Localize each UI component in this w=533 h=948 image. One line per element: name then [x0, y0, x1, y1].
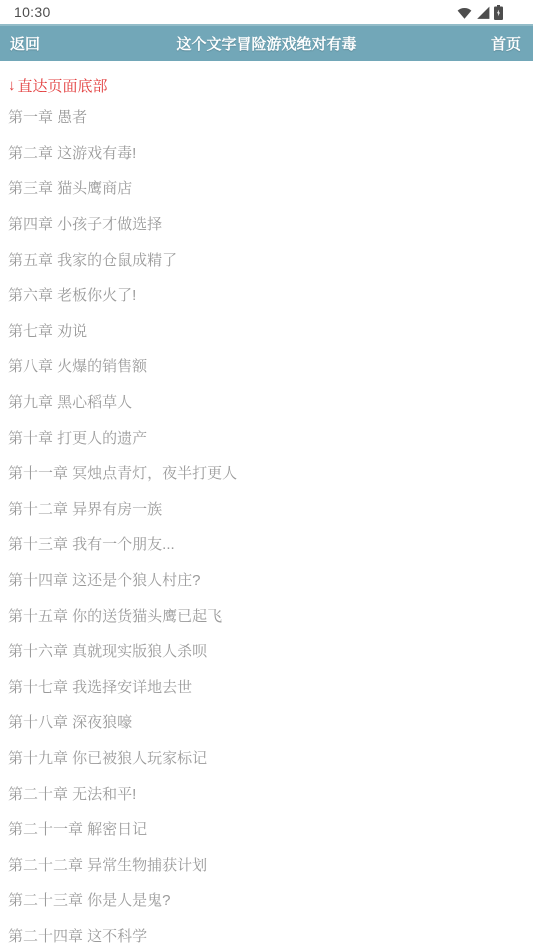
jump-link-label: 直达页面底部: [18, 75, 108, 96]
chapter-list-item: 第一章 愚者: [8, 99, 525, 135]
chapter-list-item: 第十章 打更人的遗产: [8, 419, 525, 455]
chapter-link[interactable]: 第六章 老板你火了!: [8, 284, 136, 305]
chapter-list-item: 第八章 火爆的销售额: [8, 348, 525, 384]
chapter-list-item: 第七章 劝说: [8, 313, 525, 349]
chapter-link[interactable]: 第三章 猫头鹰商店: [8, 177, 132, 198]
chapter-list-item: 第三章 猫头鹰商店: [8, 170, 525, 206]
chapter-list-item: 第十九章 你已被狼人玩家标记: [8, 740, 525, 776]
chapter-list-item: 第二章 这游戏有毒!: [8, 135, 525, 171]
chapter-list-item: 第四章 小孩子才做选择: [8, 206, 525, 242]
chapter-link[interactable]: 第十八章 深夜狼嚎: [8, 711, 132, 732]
chapter-link[interactable]: 第二章 这游戏有毒!: [8, 142, 136, 163]
chapter-link[interactable]: 第十四章 这还是个狼人村庄?: [8, 569, 201, 590]
chapter-link[interactable]: 第二十一章 解密日记: [8, 818, 147, 839]
chapter-list-item: 第二十四章 这不科学: [8, 918, 525, 948]
chapter-list-item: 第二十三章 你是人是鬼?: [8, 882, 525, 918]
chapter-link[interactable]: 第十一章 冥烛点青灯，夜半打更人: [8, 462, 237, 483]
jump-to-bottom-link[interactable]: ↓ 直达页面底部: [8, 76, 108, 94]
chapter-list-item: 第十七章 我选择安详地去世: [8, 669, 525, 705]
status-bar: 10:30: [0, 0, 533, 24]
chapter-list-item: 第二十章 无法和平!: [8, 775, 525, 811]
nav-bar: 返回 这个文字冒险游戏绝对有毒 首页: [0, 24, 533, 61]
back-button[interactable]: 返回: [10, 33, 40, 54]
chapter-link[interactable]: 第二十三章 你是人是鬼?: [8, 889, 171, 910]
chapter-list-item: 第十五章 你的送货猫头鹰已起飞: [8, 597, 525, 633]
chapter-link[interactable]: 第四章 小孩子才做选择: [8, 213, 162, 234]
chapter-link[interactable]: 第五章 我家的仓鼠成精了: [8, 249, 177, 270]
chapter-list-item: 第二十二章 异常生物捕获计划: [8, 846, 525, 882]
chapter-list-item: 第十四章 这还是个狼人村庄?: [8, 562, 525, 598]
chapter-list-item: 第五章 我家的仓鼠成精了: [8, 241, 525, 277]
chapter-link[interactable]: 第十二章 异界有房一族: [8, 498, 162, 519]
cellular-signal-icon: [476, 6, 490, 19]
chapter-list-item: 第六章 老板你火了!: [8, 277, 525, 313]
chapter-link[interactable]: 第十三章 我有一个朋友...: [8, 533, 175, 554]
chapter-link[interactable]: 第二十章 无法和平!: [8, 783, 136, 804]
content-area: ↓ 直达页面底部 第一章 愚者 第二章 这游戏有毒! 第三章 猫头鹰商店 第四章…: [0, 61, 533, 948]
wifi-icon: [457, 6, 472, 19]
chapter-list-item: 第十八章 深夜狼嚎: [8, 704, 525, 740]
status-time: 10:30: [14, 4, 51, 20]
chapter-link[interactable]: 第二十四章 这不科学: [8, 925, 147, 946]
battery-icon: [494, 5, 503, 20]
chapter-list-item: 第十一章 冥烛点青灯，夜半打更人: [8, 455, 525, 491]
chapter-link[interactable]: 第八章 火爆的销售额: [8, 355, 147, 376]
chapter-link[interactable]: 第十七章 我选择安详地去世: [8, 676, 192, 697]
chapter-list-item: 第十六章 真就现实版狼人杀呗: [8, 633, 525, 669]
chapter-link[interactable]: 第十五章 你的送货猫头鹰已起飞: [8, 605, 222, 626]
chapter-link[interactable]: 第十九章 你已被狼人玩家标记: [8, 747, 207, 768]
chapter-link[interactable]: 第十六章 真就现实版狼人杀呗: [8, 640, 207, 661]
chapter-link[interactable]: 第一章 愚者: [8, 106, 87, 127]
down-arrow-icon: ↓: [8, 77, 16, 94]
chapter-list-item: 第十三章 我有一个朋友...: [8, 526, 525, 562]
chapter-link[interactable]: 第九章 黑心稻草人: [8, 391, 132, 412]
chapter-link[interactable]: 第七章 劝说: [8, 320, 87, 341]
chapter-link[interactable]: 第十章 打更人的遗产: [8, 427, 147, 448]
chapter-list: 第一章 愚者 第二章 这游戏有毒! 第三章 猫头鹰商店 第四章 小孩子才做选择 …: [8, 99, 525, 948]
status-icons: [457, 5, 503, 20]
page-title: 这个文字冒险游戏绝对有毒: [0, 33, 533, 54]
chapter-list-item: 第九章 黑心稻草人: [8, 384, 525, 420]
chapter-list-item: 第十二章 异界有房一族: [8, 491, 525, 527]
chapter-list-item: 第二十一章 解密日记: [8, 811, 525, 847]
home-button[interactable]: 首页: [491, 33, 521, 54]
chapter-link[interactable]: 第二十二章 异常生物捕获计划: [8, 854, 207, 875]
